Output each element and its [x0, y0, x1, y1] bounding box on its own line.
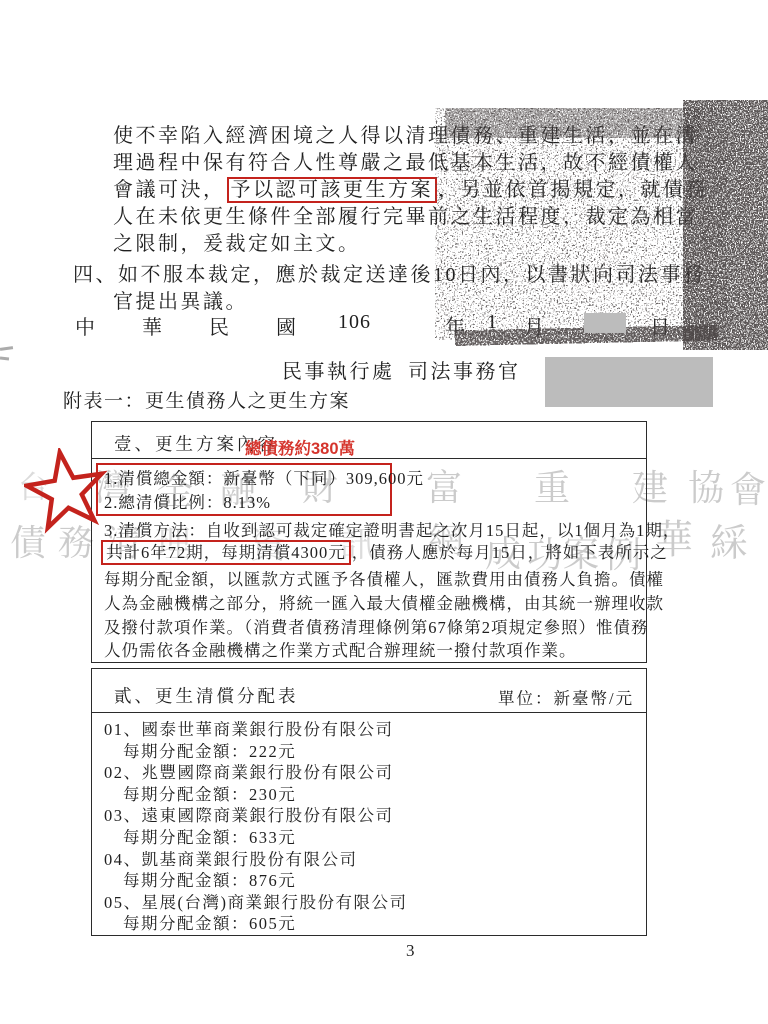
plan-line-total-amount: 1.清償總金額：新臺幣（下同）309,600元: [104, 468, 424, 489]
plan-line-ratio: 2.總清償比例：8.13%: [104, 492, 271, 513]
plan-line-method-5: 及撥付款項作業。（消費者債務清理條例第67條第2項規定參照）惟債務: [104, 617, 649, 638]
date-token: 國: [276, 311, 297, 340]
creditor-row: 02、兆豐國際商業銀行股份有限公司 每期分配金額：230元: [104, 762, 408, 805]
creditor-name: 01、國泰世華商業銀行股份有限公司: [104, 719, 408, 741]
page-number: 3: [406, 941, 415, 961]
creditor-row: 05、星展(台灣)商業銀行股份有限公司 每期分配金額：605元: [104, 892, 408, 935]
distribution-rows: 01、國泰世華商業銀行股份有限公司 每期分配金額：222元 02、兆豐國際商業銀…: [104, 719, 408, 935]
plan-line-method-3: 每期分配金額，以匯款方式匯予各債權人，匯款費用由債務人負擔。債權: [104, 569, 664, 590]
date-year: 106: [338, 311, 371, 334]
signature-title: 司法事務官: [408, 359, 521, 386]
highlighted-text: 共計6年72期，每期清償4300元: [106, 543, 346, 562]
creditor-name: 03、遠東國際商業銀行股份有限公司: [104, 805, 408, 827]
table-separator: [92, 712, 646, 713]
attachment-title: 附表一：更生債務人之更生方案: [63, 386, 350, 413]
watermark-char: 會: [730, 462, 766, 513]
table-separator: [92, 458, 646, 459]
date-token: 中: [75, 311, 96, 340]
creditor-row: 04、凱基商業銀行股份有限公司 每期分配金額：876元: [104, 849, 408, 892]
creditor-row: 01、國泰世華商業銀行股份有限公司 每期分配金額：222元: [104, 719, 408, 762]
plan-line-method-6: 人仍需依各金融機構之作業方式配合辦理統一撥付款項作業。: [104, 640, 577, 661]
distribution-table-title: 貳、更生清償分配表: [114, 683, 299, 708]
creditor-name: 04、凱基商業銀行股份有限公司: [104, 849, 408, 871]
creditor-amount: 每期分配金額：605元: [123, 913, 408, 935]
highlight-box-approved-plan: 予以認可該更生方案: [227, 177, 438, 203]
watermark-char: 協: [688, 460, 724, 511]
creditor-amount: 每期分配金額：633元: [123, 827, 408, 849]
creditor-row: 03、遠東國際商業銀行股份有限公司 每期分配金額：633元: [104, 805, 408, 848]
star-shape: [24, 448, 108, 530]
red-star-icon: [24, 448, 108, 534]
distribution-table: 貳、更生清償分配表 單位：新臺幣/元 01、國泰世華商業銀行股份有限公司 每期分…: [91, 668, 647, 936]
unit-label: 單位：新臺幣/元: [498, 685, 634, 709]
stamp-noise-right: [683, 100, 768, 350]
creditor-amount: 每期分配金額：230元: [123, 784, 408, 806]
paragraph-text: 會議可決，: [113, 179, 226, 201]
debt-total-annotation: 總債務約380萬: [245, 435, 355, 459]
signature-office: 民事執行處: [282, 359, 395, 386]
plan-text: ，債務人應於每月15日，將如下表所示之: [352, 543, 668, 562]
plan-line-method-1: 3.清償方法：自收到認可裁定確定證明書起之次月15日起，以1個月為1期，: [104, 520, 680, 541]
document-page: 台 灣 金 融 財 富 重 建 協 會 債 務 清 理 資 訊 網 成 功 案 …: [0, 0, 768, 1024]
creditor-name: 05、星展(台灣)商業銀行股份有限公司: [104, 892, 408, 914]
highlighted-text: 予以認可該更生方案: [231, 179, 434, 201]
creditor-amount: 每期分配金額：876元: [123, 870, 408, 892]
watermark-char: 綵: [710, 512, 748, 567]
stamp-noise-top: [445, 108, 700, 138]
redaction-officer-name: [545, 357, 713, 407]
plan-table: 壹、更生方案內容 總債務約380萬 1.清償總金額：新臺幣（下同）309,600…: [91, 421, 647, 663]
date-token: 民: [209, 311, 230, 340]
highlight-box-installments: 共計6年72期，每期清償4300元: [101, 540, 351, 565]
creditor-name: 02、兆豐國際商業銀行股份有限公司: [104, 762, 408, 784]
scan-artifact: [0, 346, 13, 351]
plan-line-method-2: 共計6年72期，每期清償4300元，債務人應於每月15日，將如下表所示之: [101, 540, 668, 565]
date-token: 華: [142, 311, 163, 340]
creditor-amount: 每期分配金額：222元: [123, 741, 408, 763]
scan-artifact: [0, 357, 9, 361]
plan-line-method-4: 人為金融機構之部分，將統一匯入最大債權金融機構，由其統一辦理收款: [104, 593, 664, 614]
redaction-date-day: [584, 313, 626, 333]
